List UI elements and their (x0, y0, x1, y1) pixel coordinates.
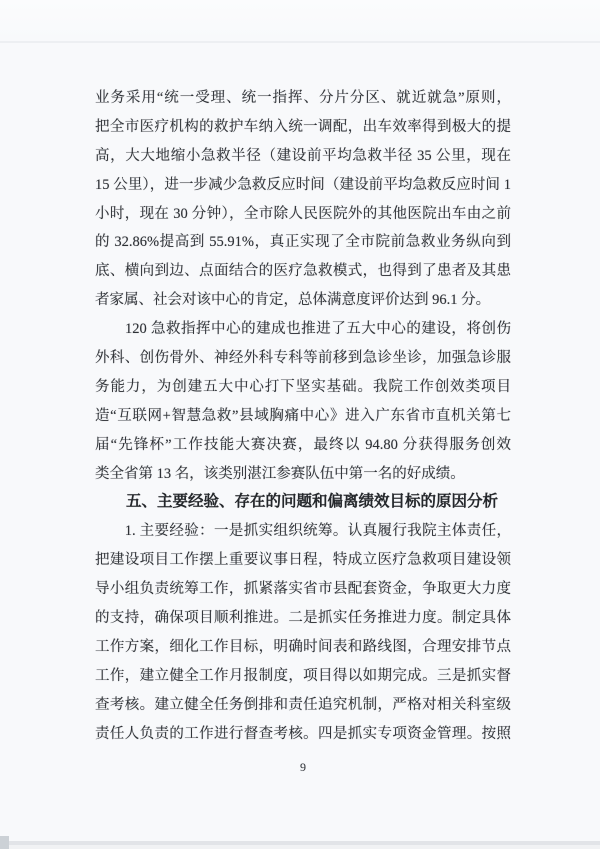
text-line: 的支持，确保项目顺利推进。二是抓实任务推进力度。制定具体 (95, 604, 511, 633)
scan-artifact-corner-notch (0, 836, 9, 849)
text-line: 120 急救指挥中心的建成也推进了五大中心的建设，将创伤 (95, 315, 511, 344)
text-line: 导小组负责统筹工作，抓紧落实省市县配套资金，争取更大力度 (95, 575, 511, 604)
text-line: 的 32.86%提高到 55.91%，真正实现了全市院前急救业务纵向到 (95, 228, 511, 257)
text-line: 外科、创伤骨外、神经外科专科等前移到急诊坐诊，加强急诊服 (95, 344, 511, 373)
scan-artifact-bottom-strip (0, 845, 600, 849)
text-line: 工作，建立健全工作月报制度，项目得以如期完成。三是抓实督 (95, 662, 511, 691)
section-heading: 五、主要经验、存在的问题和偏离绩效目标的原因分析 (95, 488, 511, 517)
text-line: 1. 主要经验：一是抓实组织统筹。认真履行我院主体责任， (95, 517, 511, 546)
text-line: 业务采用“统一受理、统一指挥、分片分区、就近就急”原则， (95, 84, 511, 113)
document-body: 业务采用“统一受理、统一指挥、分片分区、就近就急”原则， 把全市医疗机构的救护车… (95, 84, 511, 748)
text-line: 小时，现在 30 分钟），全市除人民医院外的其他医院出车由之前 (95, 200, 511, 229)
text-line: 15 公里），进一步减少急救反应时间（建设前平均急救反应时间 1 (95, 171, 511, 200)
scan-artifact-top-haze (0, 0, 600, 40)
text-line: 届“先锋杯”工作技能大赛决赛，最终以 94.80 分获得服务创效 (95, 431, 511, 460)
text-line: 者家属、社会对该中心的肯定，总体满意度评价达到 96.1 分。 (95, 286, 511, 315)
text-line: 工作方案，细化工作目标，明确时间表和路线图，合理安排节点 (95, 633, 511, 662)
scan-artifact-top-line (0, 41, 600, 43)
text-line: 高，大大地缩小急救半径（建设前平均急救半径 35 公里，现在 (95, 142, 511, 171)
text-line: 底、横向到边、点面结合的医疗急救模式，也得到了患者及其患 (95, 257, 511, 286)
document-page: 业务采用“统一受理、统一指挥、分片分区、就近就急”原则， 把全市医疗机构的救护车… (0, 0, 600, 849)
text-line: 查考核。建立健全任务倒排和责任追究机制，严格对相关科室级 (95, 691, 511, 720)
page-number: 9 (95, 757, 511, 777)
text-line: 类全省第 13 名，该类别湛江参赛队伍中第一名的好成绩。 (95, 460, 511, 489)
text-line: 务能力，为创建五大中心打下坚实基础。我院工作创效类项目《打 (95, 373, 511, 402)
text-line: 把全市医疗机构的救护车纳入统一调配，出车效率得到极大的提 (95, 113, 511, 142)
text-line: 责任人负责的工作进行督查考核。四是抓实专项资金管理。按照 (95, 720, 511, 749)
text-line: 把建设项目工作摆上重要议事日程，特成立医疗急救项目建设领 (95, 546, 511, 575)
text-line: 造“互联网+智慧急救”县域胸痛中心》进入广东省市直机关第七 (95, 402, 511, 431)
